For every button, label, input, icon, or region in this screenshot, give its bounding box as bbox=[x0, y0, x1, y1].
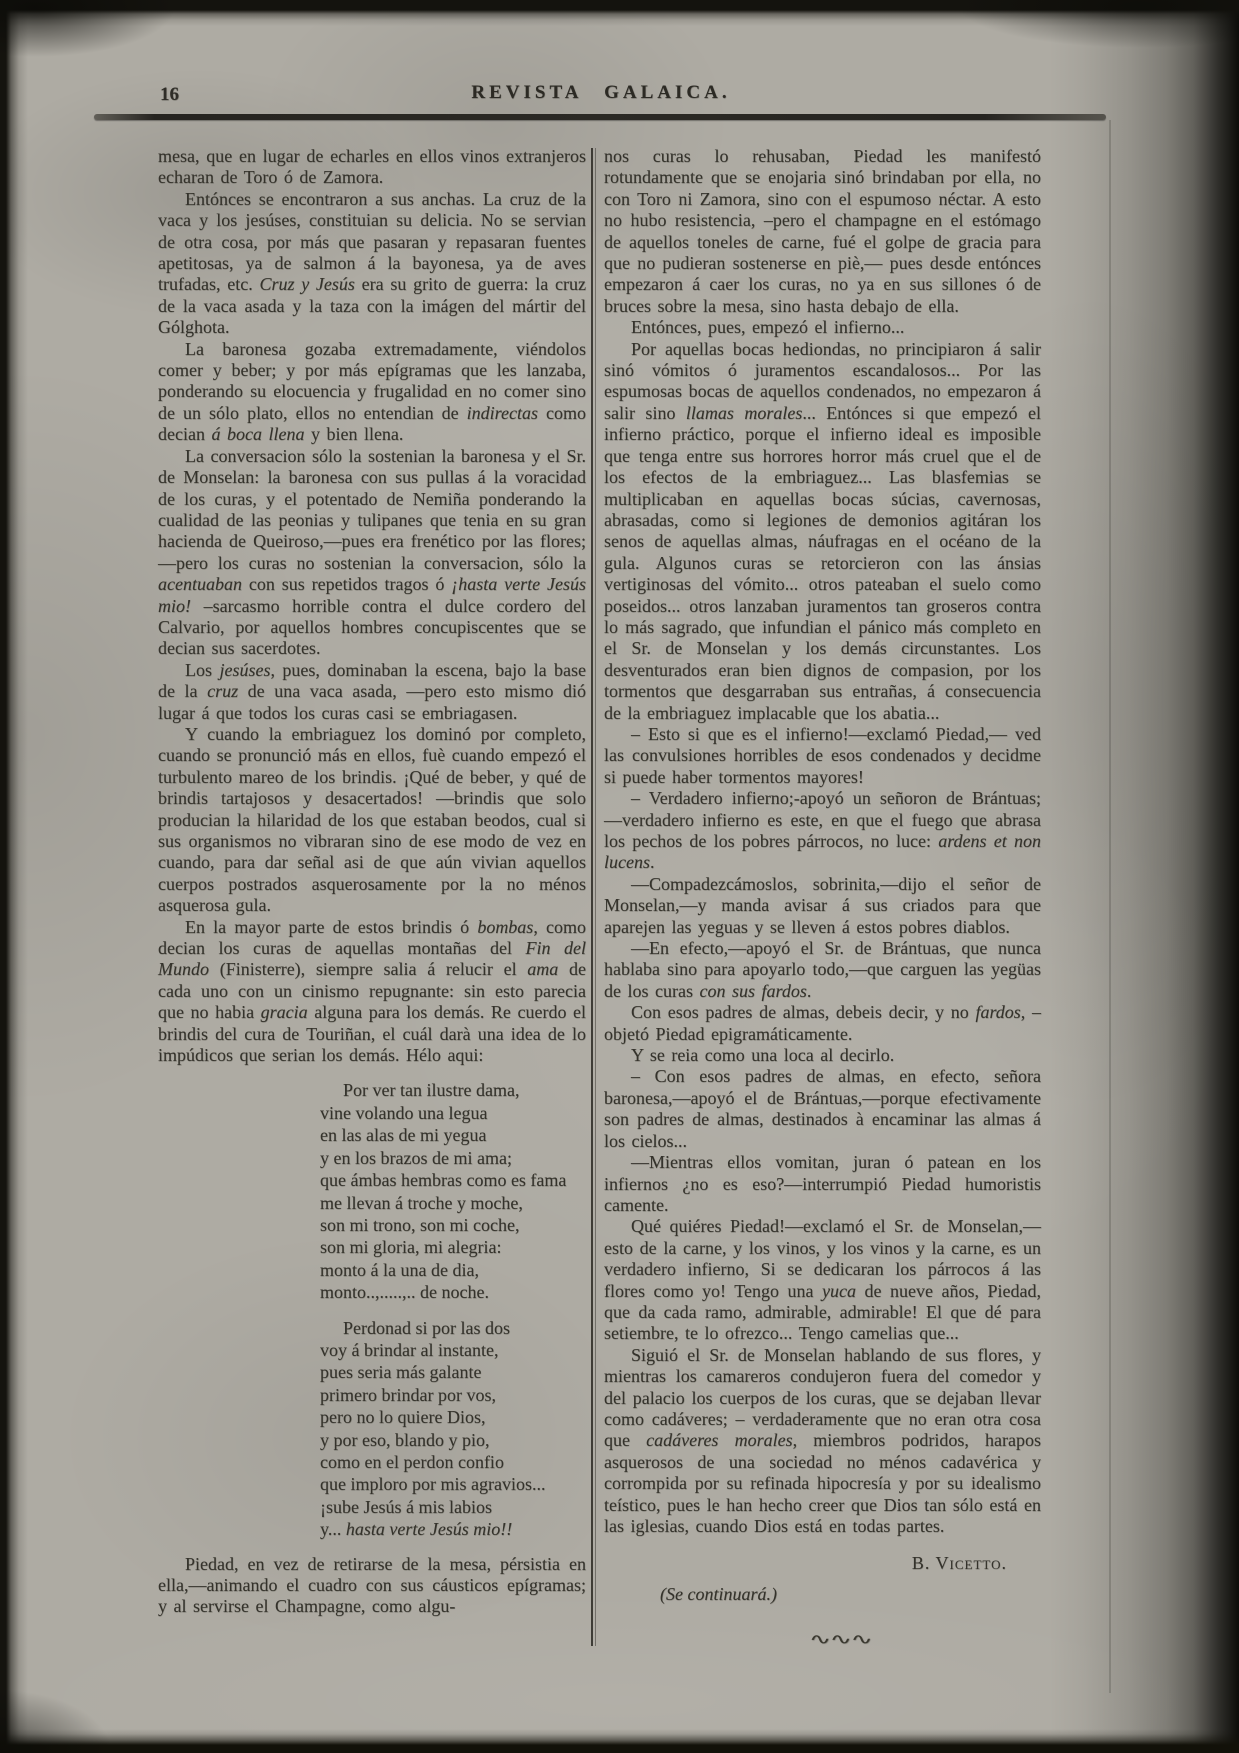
right-column: nos curas lo rehusaban, Piedad les manif… bbox=[604, 146, 1041, 1651]
poem-line: y en los brazos de mi ama; bbox=[320, 1147, 586, 1169]
paragraph: Los jesúses, pues, dominaban la escena, … bbox=[158, 660, 586, 724]
poem-line: primero brindar por vos, bbox=[320, 1384, 586, 1406]
poem-line: monto..,.....,.. de noche. bbox=[320, 1281, 586, 1303]
poem-line: que imploro por mis agravios... bbox=[320, 1473, 586, 1495]
poem-line: son mi trono, son mi coche, bbox=[320, 1214, 586, 1236]
paragraph: Por aquellas bocas hediondas, no princip… bbox=[604, 339, 1041, 724]
paragraph: Qué quiéres Piedad!—exclamó el Sr. de Mo… bbox=[604, 1216, 1041, 1344]
book-gutter-shadow bbox=[1049, 0, 1239, 1753]
paragraph: —Mientras ellos vomitan, juran ó patean … bbox=[604, 1152, 1041, 1216]
page-edge-shadow-left bbox=[0, 0, 28, 1753]
poem-line: y por eso, blando y pio, bbox=[320, 1429, 586, 1451]
left-column-text: mesa, que en lugar de echarles en ellos … bbox=[158, 146, 586, 1618]
paragraph: Entónces, pues, empezó el infierno... bbox=[604, 317, 1041, 338]
paragraph: Y se reia como una loca al decirlo. bbox=[604, 1045, 1041, 1066]
paragraph: Siguió el Sr. de Monselan hablando de su… bbox=[604, 1345, 1041, 1538]
left-column: mesa, que en lugar de echarles en ellos … bbox=[158, 146, 586, 1618]
page-edge-shadow-bottom bbox=[0, 1729, 1239, 1753]
poem-line: ¡sube Jesús á mis labios bbox=[320, 1496, 586, 1518]
paragraph: —Compadezcámoslos, sobrinita,—dijo el se… bbox=[604, 874, 1041, 938]
paragraph: Con esos padres de almas, debeis decir, … bbox=[604, 1002, 1041, 1045]
author-signature: B. Vicetto. bbox=[604, 1553, 1041, 1574]
paragraph: – Con esos padres de almas, en efecto, s… bbox=[604, 1066, 1041, 1152]
page-edge-shadow-top bbox=[0, 0, 1239, 26]
scanned-page: 16 REVISTA GALAICA. mesa, que en lugar d… bbox=[0, 0, 1239, 1753]
poem-line: vine volando una legua bbox=[320, 1102, 586, 1124]
poem-line: son mi gloria, mi alegria: bbox=[320, 1236, 586, 1258]
paragraph: Entónces se encontraron a sus anchas. La… bbox=[158, 189, 586, 339]
paragraph: La baronesa gozaba extremadamente, viénd… bbox=[158, 339, 586, 446]
paragraph: mesa, que en lugar de echarles en ellos … bbox=[158, 146, 586, 189]
poem-line: pero no lo quiere Dios, bbox=[320, 1406, 586, 1428]
poem-line: en las alas de mi yegua bbox=[320, 1124, 586, 1146]
header-rule bbox=[94, 114, 1106, 120]
column-divider bbox=[591, 148, 597, 1646]
poem-line: como en el perdon confio bbox=[320, 1451, 586, 1473]
paragraph: – Verdadero infierno;-apoyó un señoron d… bbox=[604, 788, 1041, 874]
paragraph: Piedad, en vez de retirarse de la mesa, … bbox=[158, 1554, 586, 1618]
right-column-text: nos curas lo rehusaban, Piedad les manif… bbox=[604, 146, 1041, 1537]
continuation-note: (Se continuará.) bbox=[660, 1584, 1041, 1605]
paragraph: – Esto si que es el infierno!—exclamó Pi… bbox=[604, 724, 1041, 788]
poem-line: me llevan á troche y moche, bbox=[320, 1192, 586, 1214]
paragraph: nos curas lo rehusaban, Piedad les manif… bbox=[604, 146, 1041, 317]
paragraph: La conversacion sólo la sostenian la bar… bbox=[158, 446, 586, 660]
poem-line: Perdonad si por las dos bbox=[343, 1317, 586, 1339]
paragraph: Y cuando la embriaguez los dominó por co… bbox=[158, 724, 586, 917]
poem-line: voy á brindar al instante, bbox=[320, 1339, 586, 1361]
poem-line: pues seria más galante bbox=[320, 1361, 586, 1383]
poem-line: y... hasta verte Jesús mio!! bbox=[320, 1518, 586, 1540]
end-flourish-icon: ∿∿∿ bbox=[447, 1629, 1234, 1650]
journal-title: REVISTA GALAICA. bbox=[95, 82, 1107, 104]
paragraph: En la mayor parte de estos brindis ó bom… bbox=[158, 917, 586, 1067]
poem-line: monto á la una de dia, bbox=[320, 1259, 586, 1281]
page-curl-line bbox=[1109, 120, 1111, 1693]
poem-line: Por ver tan ilustre dama, bbox=[343, 1079, 586, 1101]
poem-stanza: Perdonad si por las dosvoy á brindar al … bbox=[320, 1317, 586, 1541]
paragraph: —En efecto,—apoyó el Sr. de Brántuas, qu… bbox=[604, 938, 1041, 1002]
poem-line: que ámbas hembras como es fama bbox=[320, 1169, 586, 1191]
poem-stanza: Por ver tan ilustre dama,vine volando un… bbox=[320, 1079, 586, 1303]
